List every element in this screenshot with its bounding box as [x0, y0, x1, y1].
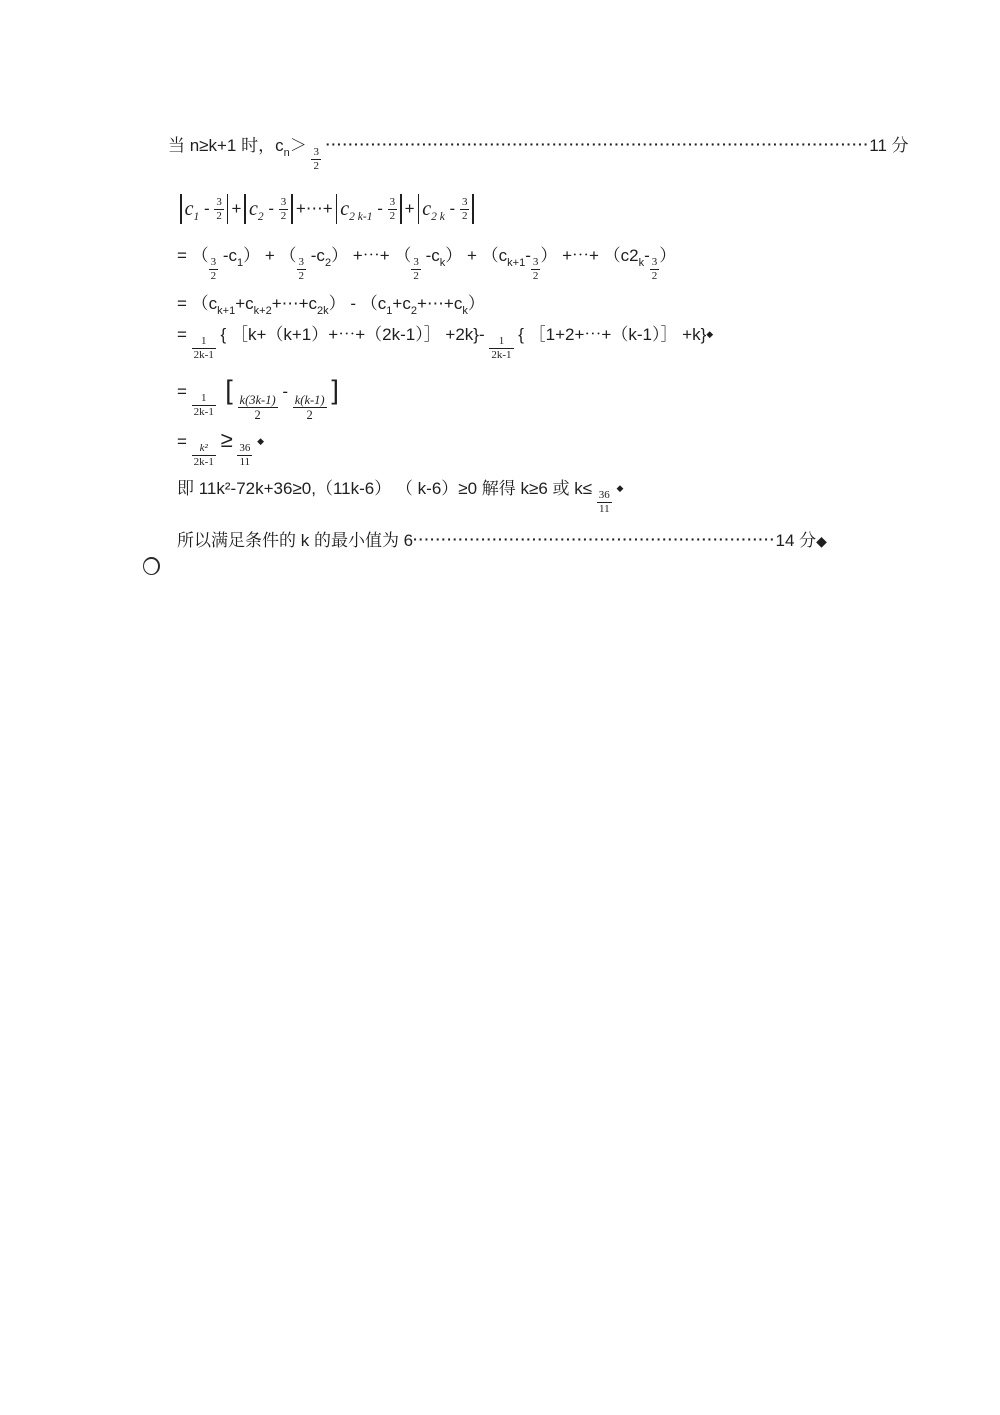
fraction: 32: [311, 146, 321, 172]
fraction: 12k-1: [192, 335, 216, 361]
abs-bar: [244, 194, 246, 224]
bracket: ]: [331, 375, 339, 405]
math-text: -: [199, 196, 214, 222]
dotted-leader: ········································…: [413, 531, 775, 547]
fraction-denominator: 2: [388, 209, 398, 223]
solution-line-4: = （ck+1+ck+2+⋯+c2k） - （c1+c2+⋯+ck）: [177, 291, 485, 319]
fraction-numerator: 1: [192, 335, 216, 348]
fraction-denominator: 2: [297, 269, 307, 283]
fraction: 32: [460, 196, 470, 222]
fraction: k(3k-1)2: [238, 393, 278, 423]
diamond-marker: ◆: [706, 329, 713, 339]
math-text: -: [264, 196, 279, 222]
fraction-denominator: 2: [460, 209, 470, 223]
fraction-numerator: 3: [388, 196, 398, 209]
italic-variable: c: [340, 196, 349, 222]
math-text: =: [177, 432, 192, 451]
fraction-denominator: 11: [237, 455, 252, 469]
math-text: 即 11k²-72k+36≥0,（11k-6） （ k-6）≥0 解得 k≥6 …: [177, 479, 597, 498]
subscript: k: [440, 257, 446, 269]
subscript: k+1: [507, 257, 525, 269]
fraction-numerator: 1: [192, 392, 216, 405]
math-text: [216, 432, 221, 451]
solution-line-3: = （32 -c1） + （32 -c2） +⋯+ （32 -ck） + （ck…: [177, 243, 676, 271]
fraction-denominator: 2k-1: [489, 348, 513, 362]
italic-subscript: 1: [193, 204, 199, 230]
subscript: 2: [411, 305, 417, 317]
subscript: 1: [237, 257, 243, 269]
fraction: 3611: [597, 489, 612, 515]
fraction-numerator: 1: [489, 335, 513, 348]
fraction-denominator: 2: [293, 407, 327, 422]
math-text: [612, 479, 617, 498]
italic-subscript: 2: [258, 204, 264, 230]
math-text: +⋯+c: [417, 294, 462, 313]
fraction-denominator: 2: [531, 269, 541, 283]
math-text: ） +⋯+ （c2: [540, 246, 638, 265]
fraction: 12k-1: [489, 335, 513, 361]
fraction-numerator: k²: [192, 442, 216, 455]
fraction-denominator: 2: [209, 269, 219, 283]
circle-mark: [143, 557, 160, 575]
math-text: +: [405, 196, 415, 222]
solution-line-2: c1 - 32+c2 - 32+⋯+c2 k-1 - 32+c2 k - 32: [177, 192, 477, 226]
math-text: 14 分: [776, 531, 817, 550]
fraction-numerator: 3: [411, 256, 421, 269]
abs-bar: [180, 194, 182, 224]
fraction-denominator: 2: [214, 209, 224, 223]
fraction-denominator: 2: [411, 269, 421, 283]
italic-subscript: 2 k-1: [349, 204, 372, 230]
italic-variable: c: [422, 196, 431, 222]
diamond-marker: ◆: [816, 533, 827, 549]
fraction: 32: [650, 256, 660, 282]
abs-bar: [472, 194, 474, 224]
fraction: 12k-1: [192, 392, 216, 418]
math-text: ） +⋯+ （: [331, 246, 411, 265]
math-text: -: [278, 382, 293, 401]
geq-sign: ≥: [221, 427, 233, 452]
subscript: n: [284, 147, 290, 159]
fraction-numerator: 3: [460, 196, 470, 209]
fraction-denominator: 2: [238, 407, 278, 422]
fraction: 32: [388, 196, 398, 222]
math-text: ＞: [290, 136, 312, 155]
math-text: ）: [659, 246, 676, 265]
solution-line-8: 即 11k²-72k+36≥0,（11k-6） （ k-6）≥0 解得 k≥6 …: [177, 476, 623, 504]
fraction-numerator: 3: [214, 196, 224, 209]
math-text: -c: [306, 246, 325, 265]
subscript: k: [639, 257, 645, 269]
fraction-numerator: 3: [209, 256, 219, 269]
fraction-numerator: 36: [237, 442, 252, 455]
italic-subscript: 2 k: [431, 204, 445, 230]
fraction-denominator: 2k-1: [192, 455, 216, 469]
italic-variable: c: [249, 196, 258, 222]
fraction: k²2k-1: [192, 442, 216, 468]
subscript: k: [462, 305, 468, 317]
math-text: 所以满足条件的 k 的最小值为 6: [177, 531, 413, 550]
fraction: 32: [297, 256, 307, 282]
math-text: =: [177, 325, 192, 344]
fraction-denominator: 11: [597, 502, 612, 516]
solution-line-5: = 12k-1 { ［k+（k+1）+⋯+（2k-1）］ +2k}- 12k-1…: [177, 322, 713, 350]
math-text: +⋯+c: [272, 294, 317, 313]
fraction-denominator: 2k-1: [192, 405, 216, 419]
math-text: ） + （: [243, 246, 296, 265]
fraction-numerator: 3: [650, 256, 660, 269]
fraction-numerator: 3: [531, 256, 541, 269]
fraction: 3611: [237, 442, 252, 468]
subscript: 2k: [317, 305, 329, 317]
fraction-numerator: 3: [279, 196, 289, 209]
subscript: 1: [386, 305, 392, 317]
fraction: 32: [214, 196, 224, 222]
subscript: 2: [325, 257, 331, 269]
math-text: { ［1+2+⋯+（k-1）］ +k}: [514, 325, 707, 344]
math-text: -c: [421, 246, 440, 265]
abs-bar: [336, 194, 338, 224]
italic-variable: c: [185, 196, 194, 222]
math-text: = （: [177, 246, 209, 265]
fraction-numerator: k(3k-1): [238, 393, 278, 407]
fraction-numerator: k(k-1): [293, 393, 327, 407]
solution-line-6: = 12k-1 [ k(3k-1)2 - k(k-1)2 ]: [177, 375, 339, 407]
bracket: [: [225, 375, 233, 405]
math-text: = （c: [177, 294, 217, 313]
math-text: 11 分: [869, 136, 908, 155]
fraction-denominator: 2: [279, 209, 289, 223]
math-text: =: [177, 382, 192, 401]
math-text: [321, 136, 326, 155]
fraction-numerator: 36: [597, 489, 612, 502]
math-text: +c: [235, 294, 253, 313]
math-text: -c: [218, 246, 237, 265]
fraction: k(k-1)2: [293, 393, 327, 423]
math-text: +⋯+: [296, 196, 333, 222]
abs-bar: [418, 194, 420, 224]
math-text: -: [445, 196, 460, 222]
fraction-denominator: 2: [311, 159, 321, 173]
abs-bar: [227, 194, 229, 224]
solution-line-7: = k²2k-1 ≥ 3611 ◆: [177, 427, 264, 457]
subscript: k+1: [217, 305, 235, 317]
document-page: 当 n≥k+1 时，cn＞ 32 ·······················…: [0, 0, 1000, 1415]
abs-bar: [400, 194, 402, 224]
dotted-leader: ········································…: [326, 136, 870, 152]
math-text: 当 n≥k+1 时，c: [168, 136, 284, 155]
math-text: +: [231, 196, 241, 222]
fraction-numerator: 3: [297, 256, 307, 269]
fraction: 32: [209, 256, 219, 282]
subscript: k+2: [254, 305, 272, 317]
math-text: -: [372, 196, 387, 222]
diamond-marker: ◆: [257, 436, 264, 446]
math-text: ） - （c: [329, 294, 387, 313]
solution-line-9: 所以满足条件的 k 的最小值为 6·······················…: [177, 528, 827, 554]
math-text: +c: [392, 294, 410, 313]
fraction-denominator: 2k-1: [192, 348, 216, 362]
math-text: ） + （c: [445, 246, 507, 265]
fraction: 32: [411, 256, 421, 282]
solution-line-1: 当 n≥k+1 时，cn＞ 32 ·······················…: [168, 133, 909, 161]
math-text: [216, 382, 225, 401]
math-text: { ［k+（k+1）+⋯+（2k-1）］ +2k}-: [216, 325, 490, 344]
fraction-numerator: 3: [311, 146, 321, 159]
abs-bar: [291, 194, 293, 224]
fraction-denominator: 2: [650, 269, 660, 283]
fraction: 32: [531, 256, 541, 282]
diamond-marker: ◆: [617, 483, 624, 493]
math-text: ）: [468, 294, 485, 313]
fraction: 32: [279, 196, 289, 222]
